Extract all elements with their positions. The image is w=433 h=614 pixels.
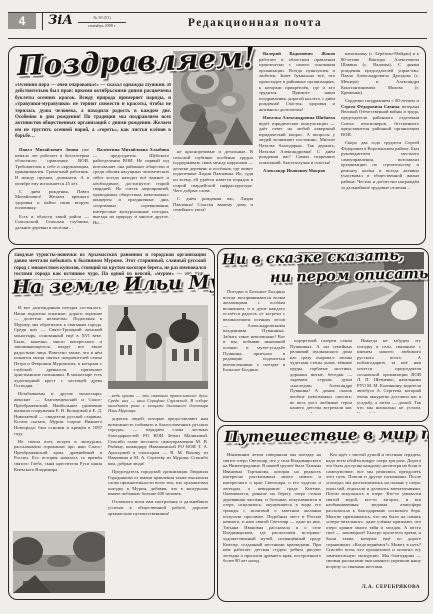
masthead-logo: ЗіА [48, 13, 73, 28]
person-name: Александр Иванович Мокров [263, 168, 325, 173]
issue-date: сентябрь 2008 г. [78, 23, 126, 29]
congrats-col2: Валентина Михайловна Хлыбина — председат… [93, 147, 169, 237]
skazka-col2: портретной галереи семьи Пушкиных. А зал… [290, 338, 352, 413]
article-murom: Заядлые туристы-новички из Арзамасских р… [8, 248, 215, 600]
river-landscape-photo [13, 531, 105, 593]
newspaper-page: 4 ЗіА № 39 (91) сентябрь 2008 г. Редакци… [0, 0, 433, 614]
skazka-col1: Поездки в Большое Болдино всегда восприн… [223, 289, 285, 413]
author-signature: Л.А. СЕРЕБРЯКОВА [362, 584, 420, 590]
section-title: Редакционная почта [150, 17, 360, 29]
article-congrats: Поздравляем! «Осенняя пора — очей очаров… [8, 46, 426, 245]
congrats-intro: «Осенняя пора — очей очарованье!» — сказ… [15, 83, 171, 143]
murom-col-a: И вот долгожданная поездка состоялась. Н… [14, 305, 102, 527]
church-photo-caption: …ведь храмы — это святыни православного … [108, 393, 208, 414]
article-skazka: Ни в сказке сказать, ни пером описать! П… [217, 248, 429, 422]
header-bottom-rule [8, 38, 427, 39]
church-photo [108, 305, 208, 389]
tayny-col2: Кто идёт с чистой душой и честным сердце… [326, 452, 421, 580]
person-name: Павел Михайлович Зонин [19, 147, 78, 152]
tayny-headline: Путешествие в мир тайн [224, 425, 429, 446]
issue-info: № 39 (91) сентябрь 2008 г. [78, 15, 126, 30]
issue-number: № 39 (91) [78, 15, 126, 23]
person-name: Валентина Михайловна Хлыбина [97, 147, 169, 152]
congrats-col1: Павел Михайлович Зонин уже немало лет ра… [15, 147, 89, 237]
person-name: Сергея Фёдоровича Савина [341, 104, 399, 109]
header-divider [42, 13, 43, 30]
congrats-col4: начальнику (с. Берёзово-Майдан) и к 80-л… [341, 51, 419, 237]
article-tayny: Путешествие в мир тайн Нынешним летом со… [217, 425, 429, 602]
congrats-col-under-photo: не красноречивые и детальные. В сельской… [173, 149, 253, 237]
page-number: 4 [8, 13, 36, 29]
skazka-col3: Никогда не забудем эту поездку в село, с… [357, 338, 421, 413]
tayny-col1: Нынешним летом совершили мы поездку на с… [223, 452, 321, 590]
congrats-col3: Валерий Вадимович Жоков работает в облас… [259, 51, 335, 237]
person-name: Валерий Вадимович Жоков [263, 51, 335, 56]
murom-col-b: …ведь храмы — это святыни православного … [108, 391, 208, 591]
person-name: Наталья Александровна Шибаева [263, 115, 335, 120]
